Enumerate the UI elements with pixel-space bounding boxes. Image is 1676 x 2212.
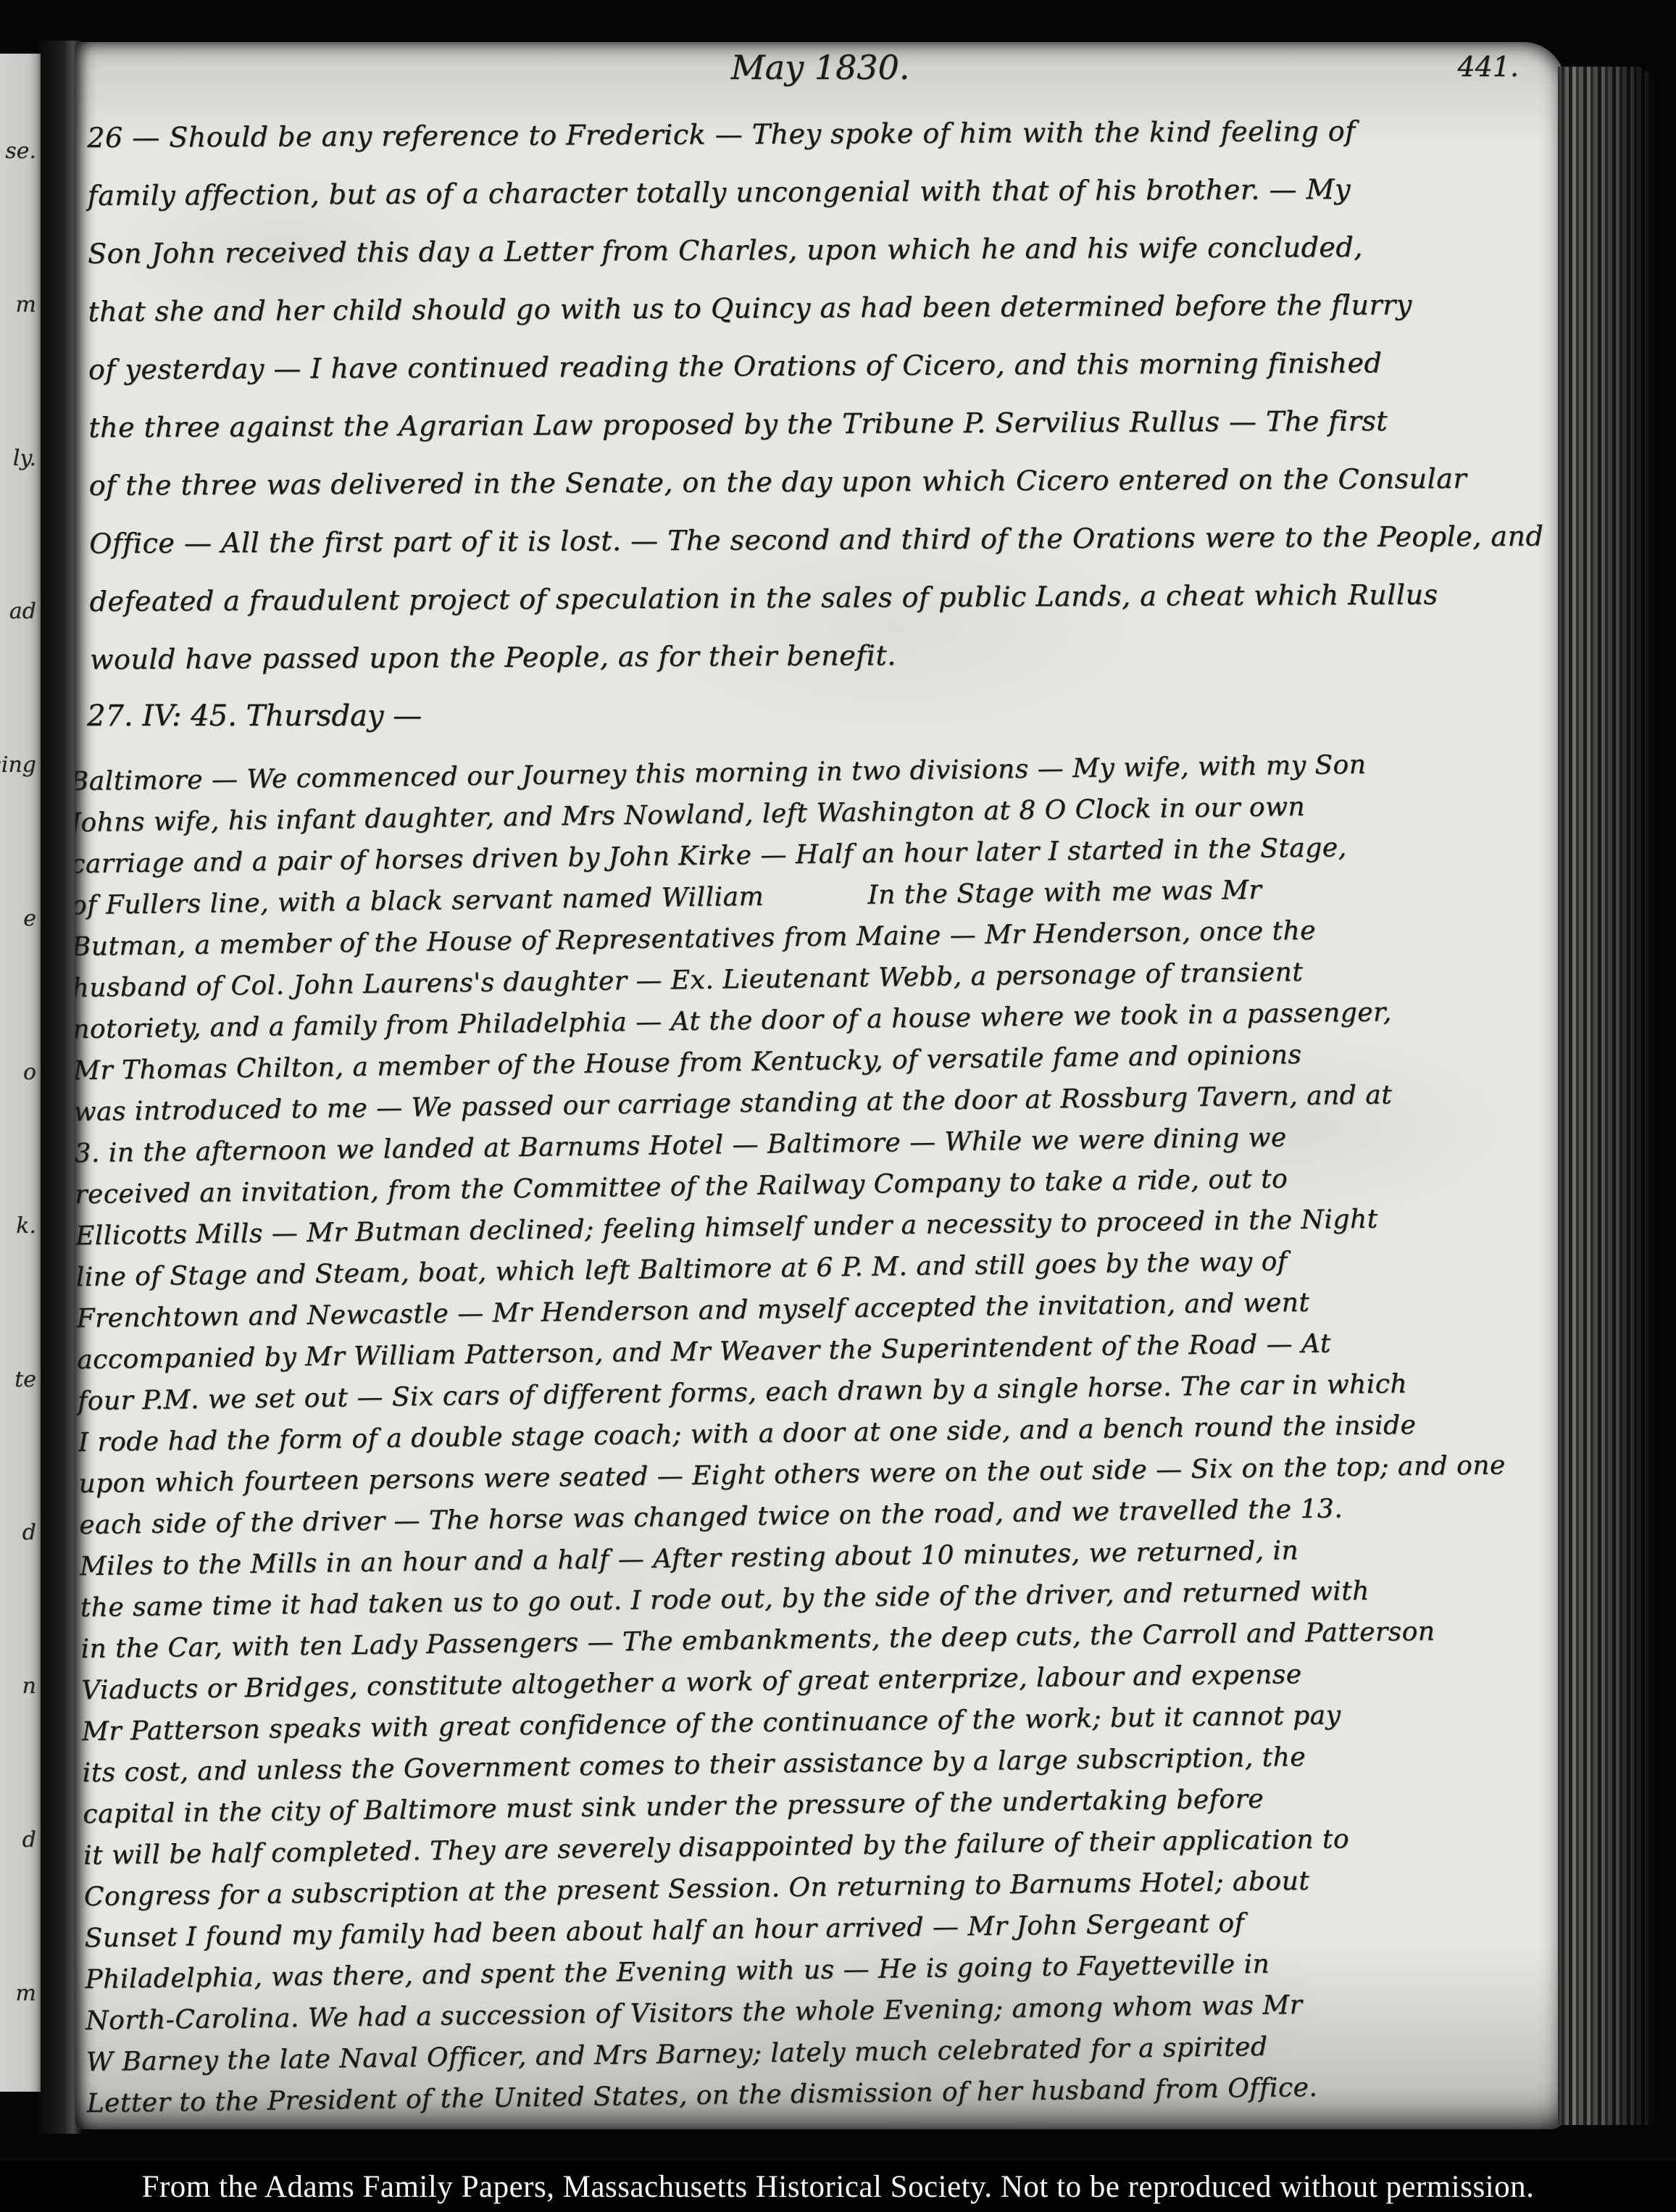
- manuscript-page: May 1830. 441. 26 — Should be any refere…: [75, 42, 1565, 2129]
- manuscript-line: defeated a fraudulent project of specula…: [89, 565, 1554, 631]
- manuscript-body: 26 — Should be any reference to Frederic…: [87, 109, 1552, 2124]
- facing-page-text-fragment: se.: [5, 141, 36, 162]
- manuscript-line: 26 — Should be any reference to Frederic…: [87, 101, 1552, 167]
- entry-27-heading: 27. IV: 45. Thursday —: [87, 693, 1552, 739]
- facing-page-text-fragment: te: [14, 1369, 36, 1391]
- header-date: May 1830.: [75, 48, 1565, 87]
- manuscript-scan: se.mly.adsingeok.tedndm May 1830. 441. 2…: [0, 0, 1676, 2212]
- manuscript-line: of the three was delivered in the Senate…: [89, 449, 1554, 515]
- entry-26-paragraph: 26 — Should be any reference to Frederic…: [87, 101, 1555, 689]
- book-page-edges: [1558, 67, 1655, 2125]
- manuscript-line: Office — All the first part of it is los…: [89, 507, 1554, 573]
- entry-27-paragraph: Baltimore — We commenced our Journey thi…: [75, 742, 1552, 2124]
- manuscript-line: of yesterday — I have continued reading …: [88, 333, 1554, 399]
- facing-page-text-fragment: d: [22, 1829, 36, 1851]
- page-header: May 1830. 441.: [75, 48, 1565, 99]
- caption-bar: From the Adams Family Papers, Massachuse…: [0, 2161, 1676, 2212]
- manuscript-line: Son John received this day a Letter from…: [88, 217, 1553, 283]
- facing-page-text-fragment: k.: [16, 1215, 36, 1237]
- facing-page-text-fragment: n: [22, 1676, 36, 1697]
- facing-page-text-fragment: d: [22, 1522, 36, 1544]
- manuscript-line: the three against the Agrarian Law propo…: [88, 391, 1554, 457]
- manuscript-line: family affection, but as of a character …: [87, 159, 1552, 225]
- book-gutter-shadow: [36, 41, 81, 2134]
- facing-page-text-fragment: m: [16, 1983, 36, 2005]
- caption-text: From the Adams Family Papers, Massachuse…: [142, 2169, 1535, 2205]
- facing-page-text-fragment: m: [16, 294, 36, 316]
- facing-page-edge: se.mly.adsingeok.tedndm: [0, 54, 41, 2092]
- facing-page-text-fragment: e: [23, 908, 36, 930]
- facing-page-text-fragment: sing: [0, 754, 36, 776]
- facing-page-text-fragment: ad: [9, 601, 36, 623]
- manuscript-line: would have passed upon the People, as fo…: [90, 623, 1555, 689]
- facing-page-text-fragment: o: [23, 1062, 36, 1084]
- manuscript-line: that she and her child should go with us…: [88, 275, 1553, 341]
- facing-page-text-fragment: ly.: [13, 448, 36, 470]
- page-number: 441.: [1457, 51, 1519, 83]
